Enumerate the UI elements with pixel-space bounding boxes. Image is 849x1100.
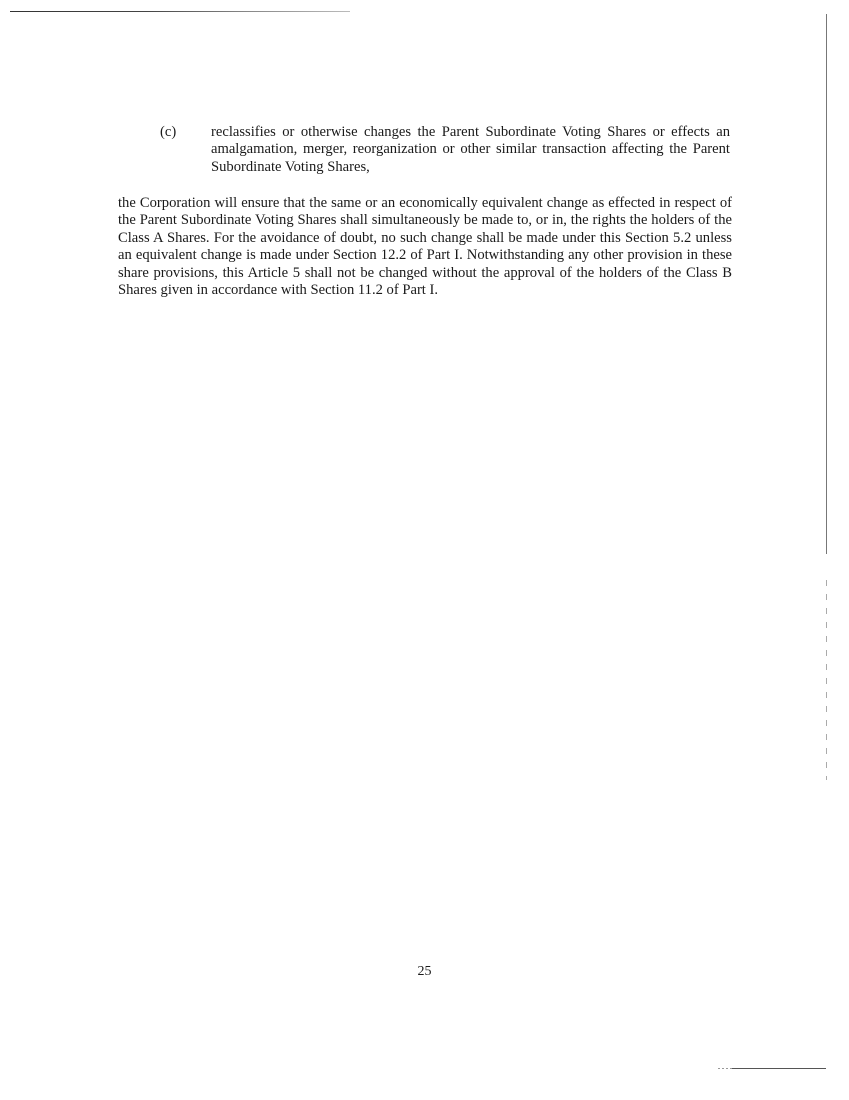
scan-artifact-bottom-rule xyxy=(732,1068,826,1069)
clause-label: (c) xyxy=(160,124,176,141)
page-number: 25 xyxy=(0,964,849,980)
clause-text: reclassifies or otherwise changes the Pa… xyxy=(211,124,730,176)
scan-artifact-right-edge-dashed xyxy=(826,580,827,780)
body-paragraph: the Corporation will ensure that the sam… xyxy=(118,195,732,299)
scan-artifact-bottom-dots xyxy=(718,1068,732,1069)
scan-artifact-right-edge xyxy=(826,14,827,554)
scan-artifact-top-rule xyxy=(10,11,350,12)
